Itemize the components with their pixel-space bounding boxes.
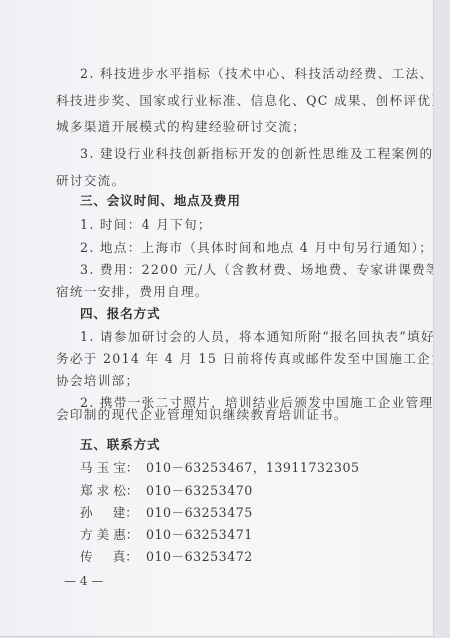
section-heading: 五、联系方式 — [80, 437, 160, 453]
page-number: — 4 — — [64, 574, 103, 588]
text-line: 城多渠道开展模式的构建经验研讨交流； — [56, 119, 306, 135]
text-line: 科技进步奖、国家或行业标准、信息化、QC 成果、创杯评优）跨区 — [56, 93, 450, 109]
contact-name: 传 真： — [80, 549, 146, 565]
contact-phone: 010－63253470 — [146, 483, 253, 498]
text-line: 1. 时间：4 月下旬； — [80, 217, 212, 233]
text-line: 宿统一安排，费用自理。 — [56, 284, 209, 300]
text-line: 3. 费用：2200 元/人（含教材费、场地费、专家讲课费等），食 — [80, 262, 450, 278]
contact-name: 马 玉 宝： — [80, 460, 146, 476]
contact-name: 方 美 惠： — [80, 527, 146, 543]
text-line: 1. 请参加研讨会的人员，将本通知所附“报名回执表”填好， — [80, 329, 449, 345]
contact-row: 方 美 惠：010－63253471 — [80, 527, 253, 543]
contact-phone: 010－63253472 — [146, 549, 253, 564]
contact-phone: 010－63253475 — [146, 505, 253, 520]
text-line: 3. 建设行业科技创新指标开发的创新性思维及工程案例的 — [80, 146, 433, 162]
page-edge — [433, 0, 450, 638]
document-page: 2. 科技进步水平指标（技术中心、科技活动经费、工法、专利、 科技进步奖、国家或… — [0, 0, 433, 637]
contact-phone: 010－63253471 — [146, 527, 253, 542]
contact-row: 马 玉 宝：010－63253467，13911732305 — [80, 460, 359, 476]
text-line: 协会培训部； — [56, 373, 139, 389]
contact-row: 传 真：010－63253472 — [80, 549, 253, 565]
contact-row: 郑 求 松：010－63253470 — [80, 483, 253, 499]
text-line: 2. 科技进步水平指标（技术中心、科技活动经费、工法、专利、 — [80, 66, 450, 82]
section-heading: 三、会议时间、地点及费用 — [80, 193, 241, 209]
section-heading: 四、报名方式 — [80, 306, 160, 322]
text-line: 研讨交流。 — [56, 173, 125, 189]
contact-name: 郑 求 松： — [80, 483, 146, 499]
text-line: 会印制的现代企业管理知识继续教育培训证书。 — [56, 407, 348, 423]
text-line: 务必于 2014 年 4 月 15 日前将传真或邮件发至中国施工企业管理 — [56, 351, 450, 367]
contact-name: 孙 建： — [80, 505, 146, 521]
contact-row: 孙 建：010－63253475 — [80, 505, 253, 521]
contact-phone: 010－63253467，13911732305 — [146, 460, 359, 475]
text-line: 2. 地点：上海市（具体时间和地点 4 月中旬另行通知）； — [80, 240, 433, 256]
